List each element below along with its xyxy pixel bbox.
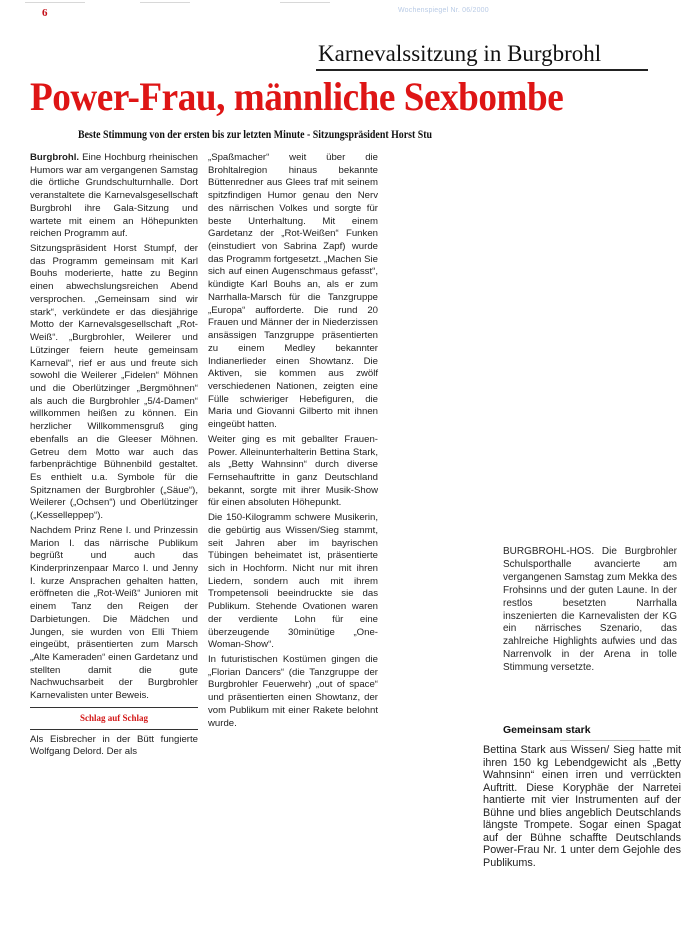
article-kicker: Karnevalssitzung in Burgbrohl [318,41,601,67]
article-subhead: Beste Stimmung von der ersten bis zur le… [78,129,432,141]
paragraph-text: Eine Hochburg rheinischen Humors war am … [30,152,198,239]
dateline: Burgbrohl. [30,152,79,163]
sidebar-heading: Gemeinsam stark [503,724,591,736]
paragraph: Sitzungspräsident Horst Stumpf, der das … [30,243,198,523]
article-column-2: „Spaßmacher“ weit über die Brohltalregio… [208,152,378,732]
divider [30,707,198,708]
sidebar-body: Bettina Stark aus Wissen/ Sieg hatte mit… [483,744,681,869]
paragraph: Die 150-Kilogramm schwere Musikerin, die… [208,512,378,652]
top-rule-mid [140,2,190,3]
article-column-1: Burgbrohl. Eine Hochburg rheinischen Hum… [30,152,198,761]
page-number: 6 [42,7,48,19]
paragraph: Weiter ging es mit geballter Frauen-Powe… [208,434,378,510]
paragraph: Als Eisbrecher in der Bütt fungierte Wol… [30,734,198,759]
kicker-underline [316,69,648,71]
photo-caption: BURGBROHL-HOS. Die Burgbrohler Schulspor… [503,546,677,675]
section-heading-schlag: Schlag auf Schlag [30,712,198,725]
article-headline: Power-Frau, männliche Sexbombe [30,73,563,120]
paragraph: Burgbrohl. Eine Hochburg rheinischen Hum… [30,152,198,241]
divider [30,729,198,730]
top-rule-left [25,2,85,3]
paragraph: In futuristischen Kostümen gingen die „F… [208,654,378,730]
issue-line: Wochenspiegel Nr. 06/2000 [398,7,489,14]
paragraph: Nachdem Prinz Rene I. und Prinzessin Mar… [30,525,198,703]
paragraph: „Spaßmacher“ weit über die Brohltalregio… [208,152,378,432]
top-rule-right [280,2,330,3]
sidebar-rule [560,740,650,741]
